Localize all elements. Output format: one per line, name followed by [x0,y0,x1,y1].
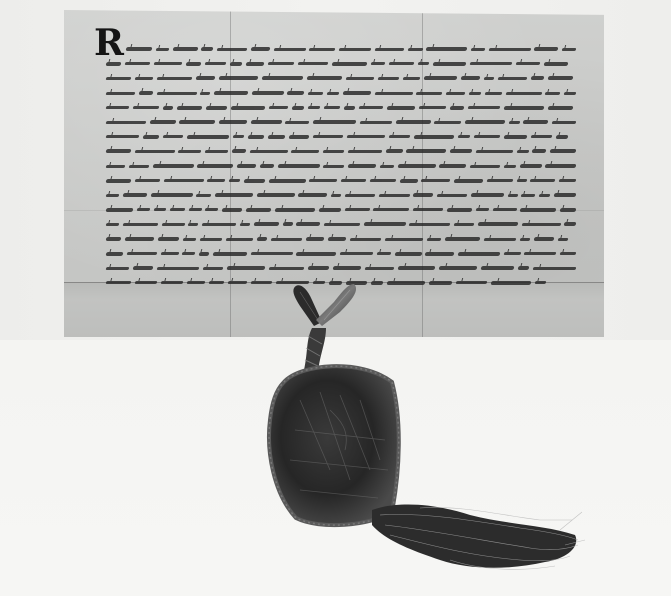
handwritten-word [340,252,373,255]
handwritten-word [470,165,501,168]
handwritten-word [407,48,423,51]
handwritten-word [296,222,321,226]
handwritten-word [229,62,242,66]
handwritten-word [305,237,324,241]
handwritten-word [535,281,547,284]
handwritten-word [519,164,542,168]
handwritten-word [179,120,216,124]
handwritten-word [106,106,130,109]
handwritten-word [385,149,403,153]
handwritten-word [464,120,505,124]
handwritten-word [484,92,502,95]
handwritten-word [413,135,454,139]
photograph: R udolfus dei gracia Romanorum Rex sempe… [0,0,671,596]
handwritten-word [328,281,342,285]
charter-line: ... [102,71,576,86]
plica-fold [64,282,604,338]
handwritten-word [421,179,451,182]
handwritten-word [277,164,320,168]
handwritten-word [503,106,544,110]
handwritten-word [560,252,576,255]
handwritten-word [313,120,357,124]
handwritten-word [157,77,193,80]
handwritten-word [562,48,576,51]
handwritten-word [205,150,229,153]
handwritten-word [389,62,415,65]
handwritten-word [268,62,295,65]
handwritten-word [105,237,121,241]
handwritten-word [269,267,305,270]
handwritten-word [161,281,184,284]
handwritten-word [327,92,340,95]
handwritten-word [287,91,305,95]
handwritten-word [454,223,475,226]
handwritten-word [247,135,264,139]
handwritten-word [236,164,256,168]
handwritten-word [233,135,245,138]
handwritten-word [488,48,530,51]
handwritten-word [268,179,306,183]
handwritten-word [203,267,224,270]
handwritten-word [439,164,467,168]
wax-seal [269,366,399,525]
handwritten-word [450,149,473,153]
handwritten-word [521,194,536,197]
handwritten-word [389,135,411,138]
handwritten-word [271,238,303,241]
handwritten-word [200,92,211,95]
cord-tassel [372,505,585,570]
handwritten-word [105,149,131,153]
handwritten-word [373,208,410,211]
handwritten-word [543,62,568,66]
handwritten-word [530,76,544,80]
handwritten-word [185,62,201,66]
handwritten-word [245,62,264,66]
handwritten-word [416,92,443,95]
charter-line: ... [102,159,576,174]
handwritten-word [199,252,210,256]
handwritten-word [468,106,501,109]
handwritten-word [313,281,326,284]
handwritten-word [492,208,517,211]
charter-line: ... [102,86,576,101]
handwritten-word [106,165,126,168]
handwritten-word [346,77,375,80]
handwritten-word [256,237,267,241]
handwritten-word [250,120,282,124]
handwritten-word [176,106,202,110]
handwritten-word [288,135,309,139]
handwritten-word [446,92,466,95]
handwritten-word [298,193,328,197]
handwritten-word [200,238,223,241]
handwritten-word [134,150,174,153]
charter-line: turis Graciam suam et omne bonum. Cum ad… [102,57,576,72]
handwritten-word [503,135,527,139]
handwritten-word [106,77,132,80]
handwritten-word [230,106,265,110]
handwritten-word [136,208,150,211]
handwritten-word [106,194,120,197]
handwritten-word [250,47,270,51]
handwritten-word [187,281,206,284]
handwritten-word [343,106,355,110]
handwritten-word [359,121,392,124]
handwritten-word [470,193,504,197]
handwritten-word [250,252,292,255]
charter-parchment: R udolfus dei gracia Romanorum Rex sempe… [64,10,604,337]
charter-line: ... [102,203,576,218]
handwritten-word [256,193,295,197]
charter-line: ... [102,144,576,159]
handwritten-word [539,194,551,197]
handwritten-word [105,252,123,256]
handwritten-word [274,208,315,212]
handwritten-word [105,208,133,212]
handwritten-word [218,76,258,80]
handwritten-word [160,252,179,255]
handwritten-word [132,266,153,270]
handwritten-word [309,48,336,51]
handwritten-word [386,281,425,285]
handwritten-word [395,120,431,124]
handwritten-word [291,106,304,110]
handwritten-word [474,135,501,138]
handwritten-word [534,47,559,51]
handwritten-word [163,179,203,182]
handwritten-word [207,179,226,182]
handwritten-word [486,179,513,182]
handwritten-word [530,179,556,182]
handwritten-word [508,121,520,124]
handwritten-word [106,223,120,226]
handwritten-word [470,62,513,65]
handwritten-word [291,150,320,153]
handwritten-word [106,121,146,124]
handwritten-word [547,76,573,80]
handwritten-word [438,266,477,270]
handwritten-word [308,106,321,109]
handwritten-word [296,252,337,256]
handwritten-word [533,267,576,270]
handwritten-word [195,76,215,80]
handwritten-word [471,48,486,51]
handwritten-word [162,106,173,110]
handwritten-word [228,281,248,284]
handwritten-word [217,48,248,51]
handwritten-word [365,267,395,270]
handwritten-word [484,238,517,241]
handwritten-word [186,135,229,139]
handwritten-word [378,194,410,197]
handwritten-word [261,76,303,80]
handwritten-word [306,76,342,80]
handwritten-word [460,76,480,80]
handwritten-word [376,252,391,255]
handwritten-word [135,281,158,284]
handwritten-word [423,76,457,80]
handwritten-word [282,222,293,226]
handwritten-word [182,252,196,255]
handwritten-word [122,223,157,226]
handwritten-word [498,77,528,80]
handwritten-word [503,252,521,255]
handwritten-word [156,92,196,95]
handwritten-word [154,62,183,65]
charter-line: ... [102,115,576,130]
handwritten-word [480,266,514,270]
handwritten-word [363,222,406,226]
handwritten-word [397,266,435,270]
handwritten-word [434,121,462,124]
handwritten-word [350,238,382,241]
handwritten-word [332,266,361,270]
handwritten-word [246,208,272,212]
handwritten-word [532,149,547,153]
handwritten-word [564,92,576,95]
handwritten-word [157,237,179,241]
handwritten-word [313,135,344,138]
handwritten-word [386,106,415,110]
handwritten-word [516,179,527,182]
handwritten-word [149,120,176,124]
handwritten-word [347,164,376,168]
handwritten-word [399,179,418,183]
charter-line: ... [102,100,576,115]
handwritten-word [163,135,184,138]
handwritten-word [385,238,424,241]
charter-line: ... [102,173,576,188]
handwritten-word [523,120,549,124]
handwritten-word [339,48,371,51]
handwritten-word [560,208,576,212]
fold-line [230,283,231,338]
handwritten-word [273,48,305,51]
handwritten-word [124,237,154,241]
charter-line: udolfus dei gracia Romanorum Rex semper … [102,42,576,57]
handwritten-word [201,47,214,51]
handwritten-word [379,165,394,168]
charter-line: ... [102,217,576,232]
handwritten-word [327,237,346,241]
handwritten-word [505,92,541,95]
handwritten-word [342,91,371,95]
handwritten-word [444,237,480,241]
handwritten-word [205,208,219,211]
handwritten-word [552,121,576,124]
handwritten-word [128,165,149,168]
handwritten-word [348,150,382,153]
handwritten-word [559,179,576,182]
handwritten-word [457,252,500,256]
handwritten-word [425,252,455,256]
handwritten-word [454,179,484,183]
handwritten-word [125,62,151,65]
handwritten-word [547,106,573,110]
handwritten-word [134,179,160,182]
handwritten-word [531,135,553,138]
handwritten-word [347,135,386,138]
handwritten-word [397,164,436,168]
handwritten-word [229,179,241,182]
charter-text: udolfus dei gracia Romanorum Rex semper … [102,42,576,290]
handwritten-word [106,281,132,284]
handwritten-word [197,164,234,168]
handwritten-word [374,92,412,95]
handwritten-word [169,208,185,211]
handwritten-word [477,222,518,226]
handwritten-word [243,179,265,183]
handwritten-word [106,135,140,138]
handwritten-word [276,281,310,284]
handwritten-word [517,266,529,270]
handwritten-word [259,164,274,168]
handwritten-word [331,194,342,197]
handwritten-word [323,150,345,153]
handwritten-word [183,238,197,241]
handwritten-word [458,135,471,138]
handwritten-word [437,194,468,197]
handwritten-word [432,62,466,66]
handwritten-word [564,222,576,226]
handwritten-word [369,179,396,182]
handwritten-word [446,208,472,212]
handwritten-word [249,150,287,153]
handwritten-word [285,121,310,124]
handwritten-word [308,92,324,95]
handwritten-word [231,149,246,153]
handwritten-word [413,193,434,197]
handwritten-word [150,193,193,197]
handwritten-word [215,193,254,197]
handwritten-word [418,62,430,65]
handwritten-word [309,179,338,182]
handwritten-word [426,47,468,51]
handwritten-word [359,106,384,109]
handwritten-word [133,106,160,109]
handwritten-word [226,238,254,241]
handwritten-word [209,281,225,284]
handwritten-word [550,149,576,153]
handwritten-word [323,165,345,168]
handwritten-word [222,208,243,212]
handwritten-word [331,62,367,66]
handwritten-word [251,91,284,95]
handwritten-word [202,223,236,226]
handwritten-word [503,165,516,168]
handwritten-word [533,237,554,241]
handwritten-word [105,179,131,183]
handwritten-word [374,48,404,51]
handwritten-word [449,106,464,110]
handwritten-word [341,179,367,182]
handwritten-word [409,223,450,226]
handwritten-word [188,208,202,211]
handwritten-word [267,135,285,139]
handwritten-word [555,135,568,139]
charter-line: ... [102,261,576,276]
handwritten-word [188,223,199,226]
handwritten-word [558,238,569,241]
charter-line: in Castris apud ... kalendas Septembris … [102,276,576,291]
handwritten-word [521,223,560,226]
charter-line: ... [102,130,576,145]
handwritten-word [106,267,130,270]
handwritten-word [152,164,194,168]
handwritten-word [456,281,488,284]
handwritten-word [205,62,227,65]
handwritten-word [126,252,157,255]
handwritten-word [394,252,422,256]
handwritten-word [239,223,250,226]
handwritten-word [153,208,166,211]
handwritten-word [413,208,444,211]
handwritten-word [307,266,329,270]
handwritten-word [490,281,531,285]
handwritten-word [324,106,341,109]
handwritten-word [484,77,495,80]
handwritten-word [345,194,376,197]
handwritten-word [106,92,136,95]
handwritten-word [475,150,512,153]
handwritten-word [371,62,386,65]
handwritten-word [178,150,202,153]
handwritten-word [345,281,367,285]
charter-line: ... [102,232,576,247]
handwritten-word [378,77,400,80]
handwritten-word [214,91,249,95]
handwritten-word [419,106,447,109]
handwritten-word [138,91,153,95]
handwritten-word [105,62,121,66]
handwritten-word [403,77,421,80]
handwritten-word [251,281,273,284]
handwritten-word [469,92,482,95]
handwritten-word [226,266,265,270]
handwritten-word [427,238,442,241]
fold-line [422,283,423,338]
handwritten-word [545,92,561,95]
handwritten-word [545,164,576,168]
handwritten-word [253,222,279,226]
handwritten-word [520,238,531,241]
handwritten-word [269,106,289,109]
handwritten-word [428,281,452,285]
handwritten-word [155,48,169,51]
handwritten-word [213,252,248,256]
handwritten-word [157,267,200,270]
handwritten-word [370,281,383,285]
charter-line: ... [102,188,576,203]
handwritten-word [161,223,185,226]
handwritten-word [475,208,489,211]
handwritten-word [324,223,360,226]
handwritten-word [218,120,247,124]
handwritten-word [516,150,529,153]
handwritten-word [524,252,556,255]
handwritten-word [520,208,557,212]
handwritten-word [554,193,576,197]
handwritten-word [205,106,227,110]
handwritten-word [344,208,370,211]
handwritten-word [507,194,518,197]
handwritten-word [142,135,159,139]
handwritten-word [406,149,447,153]
charter-line: ... [102,246,576,261]
handwritten-word [135,77,154,80]
handwritten-word [298,62,329,65]
